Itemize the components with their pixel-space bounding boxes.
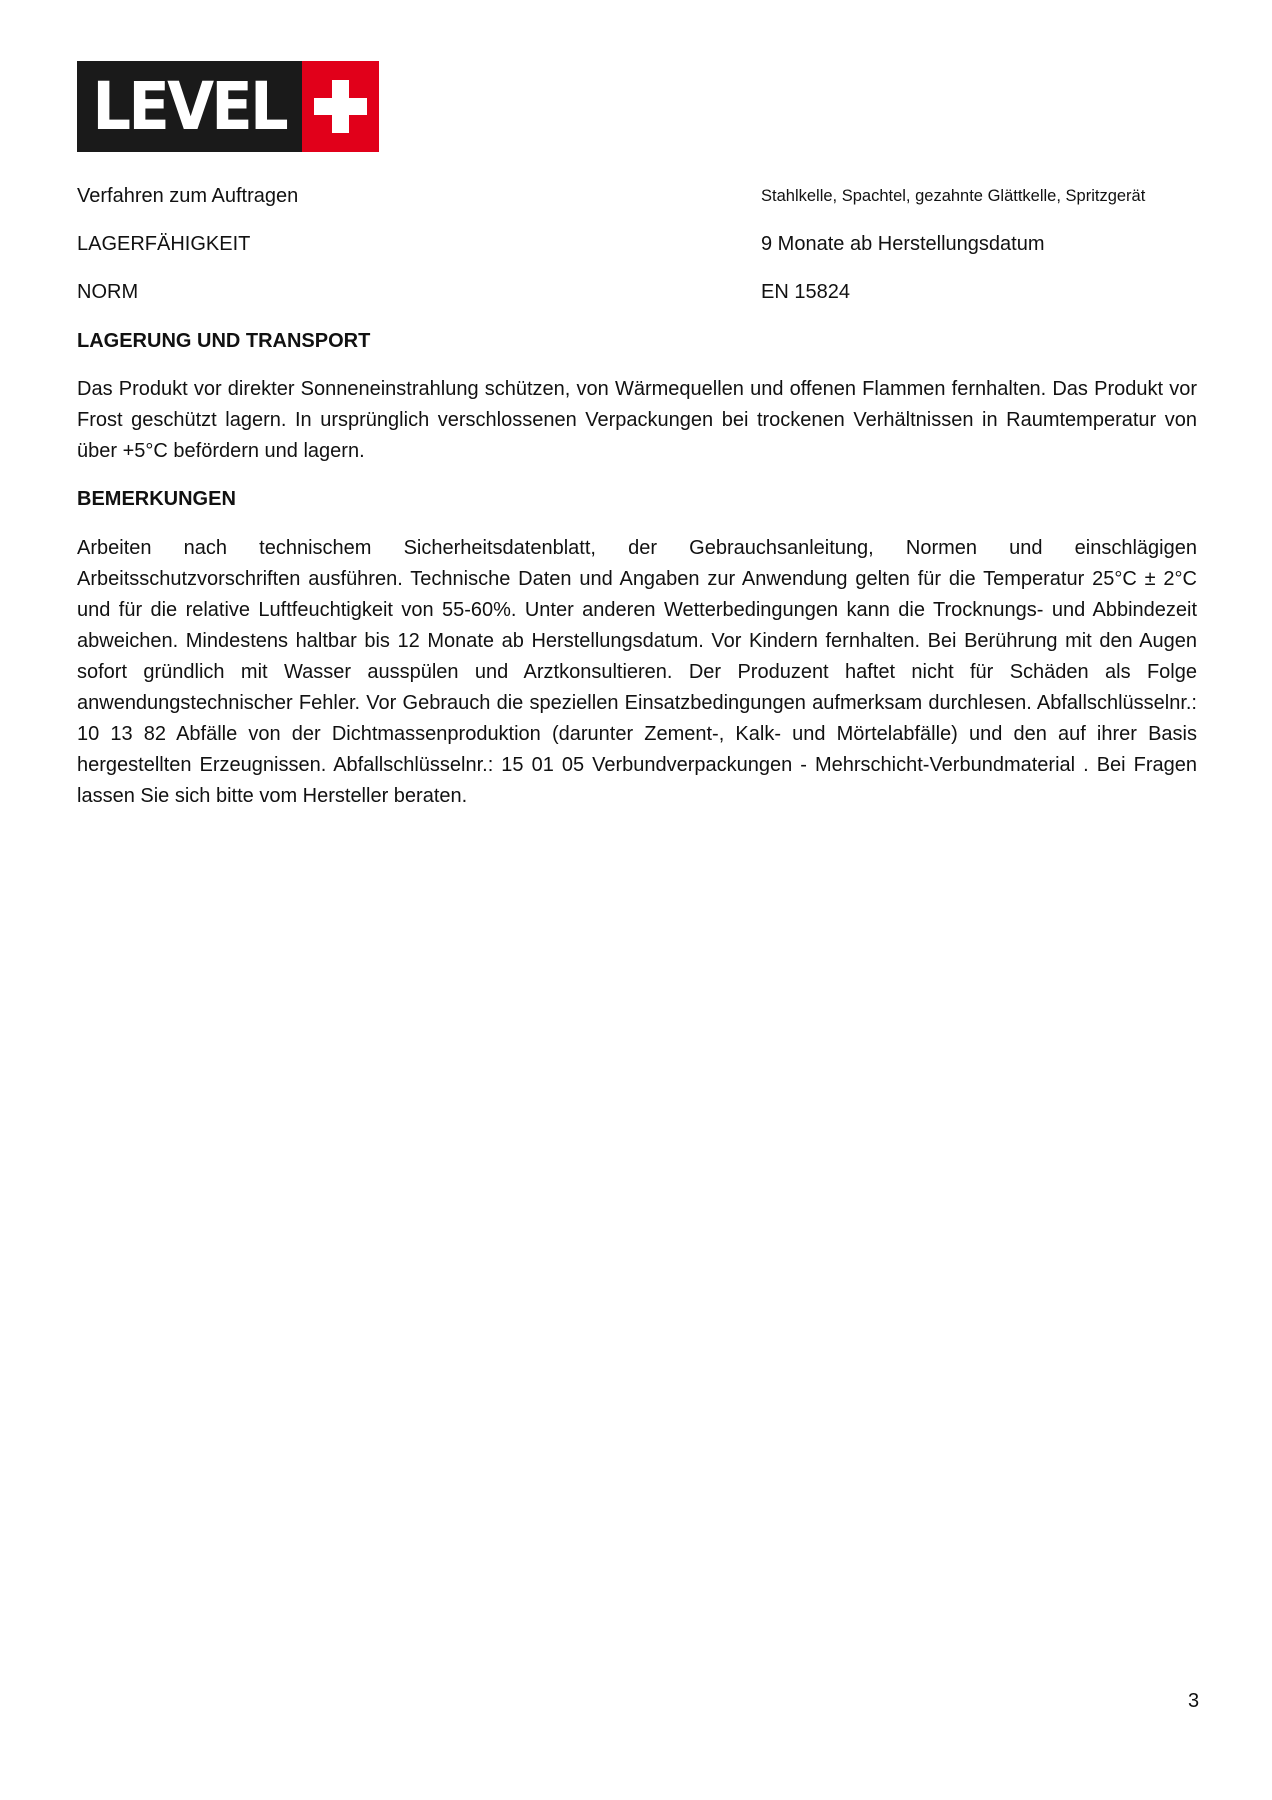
property-label: LAGERFÄHIGKEIT	[77, 232, 250, 256]
section-text-storage-transport: Das Produkt vor direkter Sonneneinstrahl…	[77, 374, 1197, 467]
property-value: Stahlkelle, Spachtel, gezahnte Glättkell…	[761, 184, 1145, 208]
section-heading-storage-transport: LAGERUNG UND TRANSPORT	[77, 329, 370, 353]
brand-logo: LEVEL	[77, 61, 379, 152]
plus-icon	[302, 61, 379, 152]
property-value: EN 15824	[761, 280, 850, 304]
property-label: Verfahren zum Auftragen	[77, 184, 298, 208]
section-text-remarks: Arbeiten nach technischem Sicherheitsdat…	[77, 533, 1197, 812]
logo-wordmark: LEVEL	[93, 74, 287, 140]
property-value: 9 Monate ab Herstellungsdatum	[761, 232, 1045, 256]
section-heading-remarks: BEMERKUNGEN	[77, 487, 236, 511]
property-label: NORM	[77, 280, 138, 304]
plus-icon-vertical-bar	[332, 80, 349, 133]
logo-wordmark-block: LEVEL	[77, 61, 302, 152]
page-number: 3	[1188, 1690, 1199, 1713]
